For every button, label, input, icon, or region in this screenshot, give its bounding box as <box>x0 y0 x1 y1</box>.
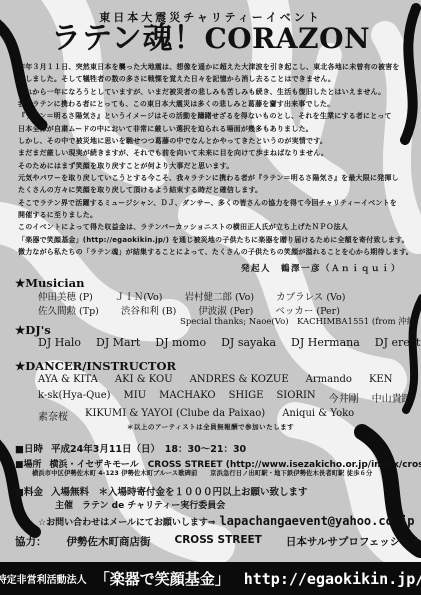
list-item: このイベントによって得た収益金は、ラテンパーカッショニストの横田正人氏が立ち上げ… <box>18 221 411 233</box>
title-japanese: ラテン魂！ <box>51 21 205 56</box>
musician-section-heading: ★Musician <box>15 276 84 290</box>
cooperation-label: 協力： <box>15 534 47 549</box>
dj-section-heading: ★DJ's <box>15 323 51 337</box>
cooperation-items: 伊勢佐木町商店街CROSS STREET日本サルサプロフェッショナル連盟 <box>67 534 421 549</box>
npo-name: 「楽器で笑顔基金」 <box>95 568 230 589</box>
list-item: DJ Hermana <box>291 336 360 349</box>
list-item: 今井剛 <box>329 390 359 405</box>
page-title: ラテン魂！CORAZON <box>0 20 421 58</box>
fee-value: 入場無料 ＊入場時寄付金を１０００円以上お願い致します <box>51 487 308 498</box>
contact-line: ☆お問い合わせはメールにてお願いします⇒lapachangaevent@yaho… <box>38 514 415 528</box>
list-item: 日本全体が自粛ムードの中において非常に厳しい選択を迫られる場面が幾多もありました… <box>18 123 411 135</box>
list-item: 中山貴踏 <box>372 390 412 405</box>
list-item: KEN <box>369 374 393 385</box>
list-item: カブラレス (Vo) <box>276 289 345 303</box>
cooperation-line: 協力： 伊勢佐木町商店街CROSS STREET日本サルサプロフェッショナル連盟 <box>15 534 421 549</box>
list-item: DJ Mart <box>96 336 140 349</box>
no-fee-note: ＊以上のアーティストは全員無報酬で参加いたします <box>0 422 421 431</box>
list-item: 佐久間勲 (Tp) <box>38 303 99 317</box>
list-item: DJ Halo <box>38 336 81 349</box>
list-item: 素奈桜 <box>38 408 68 423</box>
list-item: 岩村健二郎 (Vo) <box>184 289 254 303</box>
list-item: 昨年３月１１日、突然東日本を襲った大地震は、想像を遥かに超えた大津波を引き起こし… <box>18 61 411 73</box>
dancer-row-3: 素奈桜KIKUMI & YAYOI (Clube da Paixao)Aniqu… <box>38 408 354 423</box>
list-item: Armando <box>306 374 352 385</box>
list-item: そこでラテン界で活躍するミュージシャン、ＤＪ、ダンサー、多くの皆さんの協力を得て… <box>18 197 411 209</box>
dj-row: DJ HaloDJ MartDJ momoDJ sayakaDJ Hermana… <box>38 336 421 349</box>
special-thanks: Special thanks; Naoe(Vo) KACHIMBA1551 (f… <box>180 315 419 327</box>
list-item: まだまだ厳しい現実が続きますが、それでも前を向いて未来に目を向けて歩まねばなりま… <box>18 147 411 159</box>
venue-address: 横浜市中区伊勢佐木町 4-123 伊勢佐木町ブルース歌碑前 京浜急行日ノ出町駅・… <box>32 468 372 477</box>
intro-paragraph: 昨年３月１１日、突然東日本を襲った大地震は、想像を遥かに超えた大津波を引き起こし… <box>18 61 411 259</box>
dancer-row-1: AYA & KITAAKI & KOUANDRES & KOZUEArmando… <box>38 374 392 385</box>
list-item: 「楽器で笑顔基金」(http://egaokikin.jp/) を通じ被災地の子… <box>18 234 411 246</box>
list-item: KIKUMI & YAYOI (Clube da Paixao) <box>85 408 265 423</box>
npo-url: http://egaokikin.jp/ <box>244 570 421 588</box>
list-item: AKI & KOU <box>115 374 173 385</box>
date-value: 平成24年3月11日（日） 18：30～21：30 <box>51 444 246 455</box>
list-item: MACHAKO <box>159 390 215 405</box>
list-item: CROSS STREET <box>175 534 262 549</box>
contact-prefix: ☆お問い合わせはメールにてお願いします⇒ <box>38 518 215 528</box>
list-item: 元気やパワーを取り戻していこうとする今こそ、我々ラテンに携わる者が『ラテン＝明る… <box>18 172 411 184</box>
date-line: ■日時平成24年3月11日（日） 18：30～21：30 <box>15 441 246 455</box>
title-english: CORAZON <box>204 22 370 55</box>
list-item: ＪＩＮ(Vo) <box>115 289 163 303</box>
list-item: Aniqui & Yoko <box>282 408 354 423</box>
charity-flyer: 東日本大震災チャリティーイベント ラテン魂！CORAZON 昨年３月１１日、突然… <box>0 0 421 595</box>
list-item: 伊勢佐木町商店街 <box>67 534 151 549</box>
list-item: 日本サルサプロフェッショナル連盟 <box>286 534 421 549</box>
list-item: 我々ラテンに携わる者にとっても、この東日本大震災は多くの悲しみと葛藤を齎す出来事… <box>18 98 411 110</box>
list-item: あれから一年になろうとしていますが、いまだ被災者の悲しみも苦しみも続き、生活も復… <box>18 86 411 98</box>
list-item: 開催するに至りました。 <box>18 209 411 221</box>
list-item: 齎しました。そして犠牲者の数の多さに戦慄を覚えた日々を記憶から消し去ることはでき… <box>18 73 411 85</box>
list-item: DJ momo <box>155 336 206 349</box>
founder-signature: 発起人 鶴澤一彦（Ａｎｉｑｕｉ） <box>241 262 401 274</box>
contact-email: lapachangaevent@yahoo.co.jp <box>219 514 414 528</box>
date-label: ■日時 <box>15 444 43 455</box>
npo-type: 特定非営利活動法人 <box>0 571 87 586</box>
list-item: そのためにはまず笑顔を取り戻すことが何より大事だと思います。 <box>18 160 411 172</box>
organizer-line: 主催 ラテン de チャリティー実行委員会 <box>55 498 225 511</box>
musician-row-1: 仲田美穂 (P)ＪＩＮ(Vo)岩村健二郎 (Vo)カブラレス (Vo) <box>38 289 345 303</box>
list-item: DJ erectropico <box>375 336 421 349</box>
list-item: 『ラテン＝明るさ陽気さ』というイメージはその活動を躊躇せざるを得ないものとし、そ… <box>18 110 411 122</box>
dancer-row-2: k-sk(Hya-Que)MIUMACHAKOSHIGESIORIN今井剛中山貴… <box>38 390 412 405</box>
fee-line: ■料金入場無料 ＊入場時寄付金を１０００円以上お願い致します <box>15 484 308 498</box>
list-item: 渋谷和利 (B) <box>121 303 176 317</box>
list-item: SHIGE <box>229 390 264 405</box>
fee-label: ■料金 <box>15 487 43 498</box>
list-item: k-sk(Hya-Que) <box>38 390 111 405</box>
list-item: 仲田美穂 (P) <box>38 289 93 303</box>
list-item: DJ sayaka <box>221 336 276 349</box>
footer-bar: 特定非営利活動法人「楽器で笑顔基金」http://egaokikin.jp/ <box>0 562 421 595</box>
list-item: SIORIN <box>276 390 315 405</box>
list-item: 微力ながら私たちの「ラテン魂」が結集することによって、たくさんの子供たちの笑顔が… <box>18 246 411 258</box>
list-item: MIU <box>124 390 147 405</box>
list-item: しかし、その中で被災地に思いを馳せつつ葛藤の中でなんとかやってきたというのが実情… <box>18 135 411 147</box>
list-item: ANDRES & KOZUE <box>190 374 289 385</box>
list-item: たくさんの方々に笑顔を取り戻して頂けるよう結束する時だと確信します。 <box>18 184 411 196</box>
dancer-section-heading: ★DANCER/INSTRUCTOR <box>15 359 176 373</box>
list-item: AYA & KITA <box>38 374 98 385</box>
